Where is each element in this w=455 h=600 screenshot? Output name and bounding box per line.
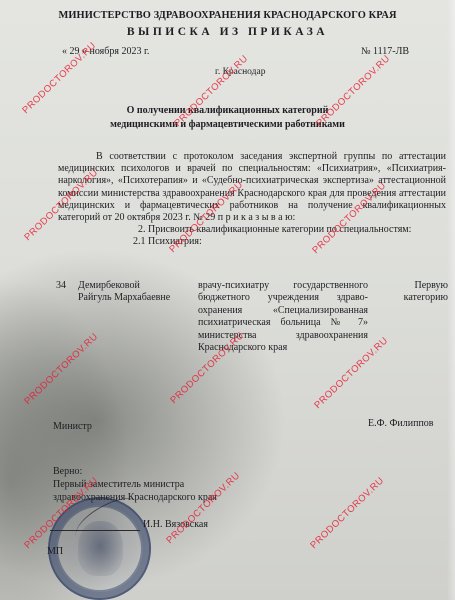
entry-name: Демирбековой Райгуль Мархабаевне [78,280,193,305]
document-title: ВЫПИСКА ИЗ ПРИКАЗА [0,26,455,38]
item-2-1: 2.1 Психиатрия: [58,236,446,248]
document-photo: МИНИСТЕРСТВО ЗДРАВООХРАНЕНИЯ КРАСНОДАРСК… [0,0,455,600]
signatory-title: Министр [53,421,92,432]
page-edge-shading [447,0,455,600]
watermark: PRODOCTOROV.RU [22,331,100,407]
signature-line [50,530,140,531]
entry-category: Первую категорию [388,280,448,305]
watermark: PRODOCTOROV.RU [308,475,386,551]
signatory-name: Е.Ф. Филиппов [368,418,434,429]
ministry-header: МИНИСТЕРСТВО ЗДРАВООХРАНЕНИЯ КРАСНОДАРСК… [0,10,455,21]
order-body: В соответствии с протоколом заседания эк… [58,151,446,249]
item-2: 2. Присвоить квалификационные категории … [58,224,446,236]
order-subject: О получении квалификационных категорий м… [0,104,455,132]
entry-number: 34 [56,280,66,292]
seal-mark: МП [47,546,63,557]
